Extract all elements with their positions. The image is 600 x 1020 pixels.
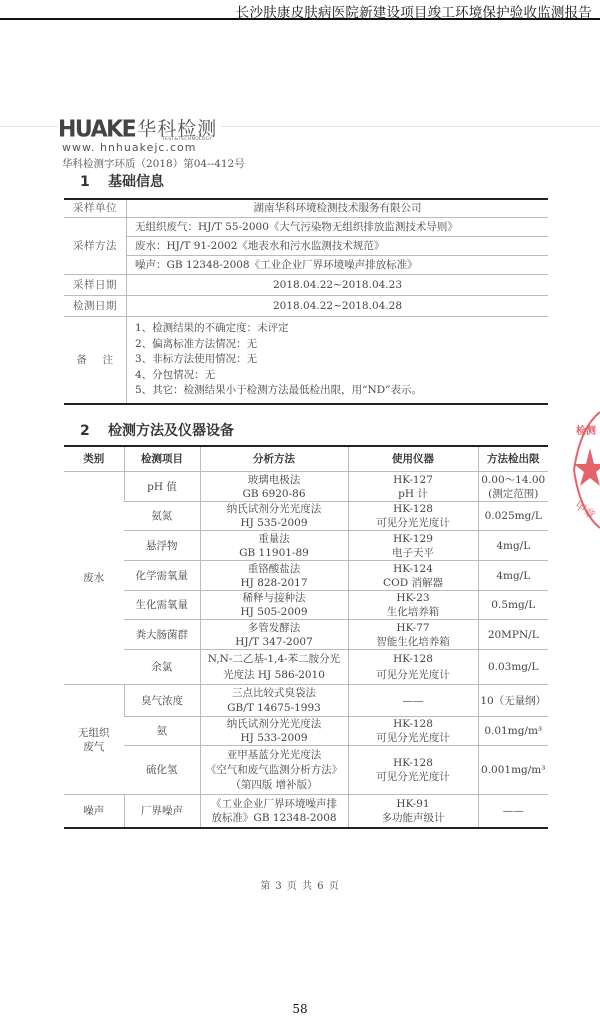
instrument-line: HK-124 — [349, 562, 478, 576]
value-sampling-date: 2018.04.22~2018.04.23 — [127, 274, 549, 295]
method-cell: 《工业企业厂界环境噪声排放标准》GB 12348-2008 — [200, 795, 348, 828]
limit-cell: 0.03mg/L — [478, 650, 548, 685]
company-logo: HUAKE华科检测 TEST&TECHNOLOGY — [58, 119, 221, 141]
table-row: 氨 纳氏试剂分光光度法HJ 533-2009 HK-128可见分光光度计 0.0… — [64, 717, 548, 746]
method-line: 纳氏试剂分光光度法 — [201, 717, 348, 731]
instrument-line: HK-91 — [349, 797, 478, 811]
row-sampling-unit: 采样单位 湖南华科环境检测技术服务有限公司 — [64, 199, 548, 217]
limit-line: 0.00～14.00 — [479, 473, 549, 487]
table-row: 氨氮 纳氏试剂分光光度法HJ 535-2009 HK-128可见分光光度计 0.… — [64, 502, 548, 531]
method-cell: 重量法GB 11901-89 — [200, 531, 348, 561]
instrument-line: 可见分光光度计 — [349, 770, 478, 784]
method-line: 光度法 HJ 586-2010 — [201, 667, 348, 683]
instrument-cell: HK-128可见分光光度计 — [348, 746, 478, 795]
remark-item: 5、其它：检测结果小于检测方法最低检出限，用“ND”表示。 — [127, 383, 548, 399]
item-cell: 硫化氢 — [124, 746, 200, 795]
label-sampling-date: 采样日期 — [64, 274, 127, 295]
method-line: HJ 535-2009 — [201, 516, 348, 530]
table-row: 悬浮物 重量法GB 11901-89 HK-129电子天平 4mg/L — [64, 531, 548, 561]
section-2-title: 2检测方法及仪器设备 — [80, 420, 234, 440]
label-testing-date: 检测日期 — [64, 295, 127, 316]
label-remarks: 备 注 — [64, 316, 127, 404]
method-cell: 玻璃电极法GB 6920-86 — [200, 472, 348, 502]
category-fugitive-gas: 无组织废气 — [64, 685, 124, 795]
instrument-line: HK-23 — [349, 591, 478, 605]
limit-cell: 4mg/L — [478, 561, 548, 591]
method-line: 重铬酸盐法 — [201, 562, 348, 576]
instrument-line: HK-128 — [349, 717, 478, 731]
method-line: 纳氏试剂分光光度法 — [201, 502, 348, 516]
instrument-line: 生化培养箱 — [349, 605, 478, 619]
section-1-label: 基础信息 — [108, 174, 164, 190]
method-line: 稀释与接种法 — [201, 591, 348, 605]
remark-item: 1、检测结果的不确定度：未评定 — [127, 321, 548, 337]
page-number: 58 — [0, 1002, 600, 1016]
official-seal-stamp: 检测 甲章 — [566, 408, 600, 532]
seal-text-top: 检测 — [576, 422, 596, 437]
value-sampling-unit: 湖南华科环境检测技术服务有限公司 — [127, 199, 549, 217]
method-cell: 亚甲基蓝分光光度法《空气和废气监测分析方法》（第四版 增补版） — [200, 746, 348, 795]
instrument-line: pH 计 — [349, 487, 478, 501]
category-line: 废气 — [64, 740, 124, 754]
remark-item: 3、非标方法使用情况：无 — [127, 352, 548, 368]
logo-chinese-name: 华科检测 — [137, 119, 217, 139]
instrument-cell: HK-91多功能声级计 — [348, 795, 478, 828]
logo-wordmark: HUAKE — [58, 118, 135, 141]
instrument-line: HK-128 — [349, 502, 478, 516]
value-testing-date: 2018.04.22~2018.04.28 — [127, 295, 549, 316]
method-line: HJ 533-2009 — [201, 731, 348, 745]
method-line: HJ 828-2017 — [201, 576, 348, 590]
instrument-cell: HK-128可见分光光度计 — [348, 650, 478, 685]
section-1-title: 1基础信息 — [80, 171, 164, 191]
instrument-cell: HK-124COD 消解器 — [348, 561, 478, 591]
instrument-line: 电子天平 — [349, 546, 478, 560]
item-cell: 臭气浓度 — [124, 685, 200, 717]
method-line: N,N-二乙基-1,4-苯二胺分光 — [201, 651, 348, 667]
limit-cell: 10（无量纲） — [478, 685, 548, 717]
col-header-item: 检测项目 — [124, 446, 200, 472]
instrument-line: HK-128 — [349, 756, 478, 770]
header-divider — [0, 18, 600, 20]
item-cell: 生化需氧量 — [124, 591, 200, 620]
section-2-number: 2 — [80, 423, 108, 439]
instrument-line: HK-127 — [349, 473, 478, 487]
label-sampling-method: 采样方法 — [64, 217, 127, 274]
instrument-line: 多功能声级计 — [349, 811, 478, 825]
method-line: HJ/T 347-2007 — [201, 635, 348, 649]
company-url: www. hnhuakejc.com — [62, 141, 196, 154]
instrument-line: HK-129 — [349, 532, 478, 546]
method-line: GB 6920-86 — [201, 487, 348, 501]
col-header-limit: 方法检出限 — [478, 446, 548, 472]
method-line: 重量法 — [201, 532, 348, 546]
item-cell: 氨氮 — [124, 502, 200, 531]
limit-cell: 0.025mg/L — [478, 502, 548, 531]
table-row: 生化需氧量 稀释与接种法HJ 505-2009 HK-23生化培养箱 0.5mg… — [64, 591, 548, 620]
instrument-line: 智能生化培养箱 — [349, 635, 478, 649]
remark-item: 4、分包情况：无 — [127, 368, 548, 384]
table-row: 噪声 厂界噪声 《工业企业厂界环境噪声排放标准》GB 12348-2008 HK… — [64, 795, 548, 828]
value-remarks: 1、检测结果的不确定度：未评定 2、偏离标准方法情况：无 3、非标方法使用情况：… — [127, 316, 549, 404]
category-line: 无组织 — [64, 726, 124, 740]
row-sampling-date: 采样日期 2018.04.22~2018.04.23 — [64, 274, 548, 295]
table-row: 硫化氢 亚甲基蓝分光光度法《空气和废气监测分析方法》（第四版 增补版） HK-1… — [64, 746, 548, 795]
table-row: 余氯 N,N-二乙基-1,4-苯二胺分光光度法 HJ 586-2010 HK-1… — [64, 650, 548, 685]
limit-cell: 0.00～14.00(测定范围) — [478, 472, 548, 502]
method-cell: 纳氏试剂分光光度法HJ 533-2009 — [200, 717, 348, 746]
col-header-method: 分析方法 — [200, 446, 348, 472]
method-line: GB 11901-89 — [201, 546, 348, 560]
method-line: HJ 505-2009 — [201, 605, 348, 619]
col-header-instrument: 使用仪器 — [348, 446, 478, 472]
page-of-total: 第 3 页 共 6 页 — [0, 877, 600, 892]
method-line: 多管发酵法 — [201, 621, 348, 635]
instrument-line: 可见分光光度计 — [349, 516, 478, 530]
method-cell: N,N-二乙基-1,4-苯二胺分光光度法 HJ 586-2010 — [200, 650, 348, 685]
item-cell: 悬浮物 — [124, 531, 200, 561]
instrument-line: 可见分光光度计 — [349, 667, 478, 683]
row-sampling-method-1: 采样方法 无组织废气：HJ/T 55-2000《大气污染物无组织排放监测技术导则… — [64, 217, 548, 236]
instrument-line: HK-77 — [349, 621, 478, 635]
method-line: 三点比较式臭袋法 — [201, 686, 348, 701]
item-cell: 化学需氧量 — [124, 561, 200, 591]
table-row: 废水 pH 值 玻璃电极法GB 6920-86 HK-127pH 计 0.00～… — [64, 472, 548, 502]
instrument-line: HK-128 — [349, 651, 478, 667]
item-cell: 粪大肠菌群 — [124, 620, 200, 650]
limit-cell: 0.01mg/m³ — [478, 717, 548, 746]
method-line: GB/T 14675-1993 — [201, 701, 348, 716]
instrument-cell: —— — [348, 685, 478, 717]
instrument-cell: HK-129电子天平 — [348, 531, 478, 561]
method-cell: 稀释与接种法HJ 505-2009 — [200, 591, 348, 620]
category-wastewater: 废水 — [64, 472, 124, 685]
row-testing-date: 检测日期 2018.04.22~2018.04.28 — [64, 295, 548, 316]
row-remarks: 备 注 1、检测结果的不确定度：未评定 2、偏离标准方法情况：无 3、非标方法使… — [64, 316, 548, 404]
label-sampling-unit: 采样单位 — [64, 199, 127, 217]
category-noise: 噪声 — [64, 795, 124, 828]
table-row: 无组织废气 臭气浓度 三点比较式臭袋法GB/T 14675-1993 —— 10… — [64, 685, 548, 717]
item-cell: 余氯 — [124, 650, 200, 685]
item-cell: 厂界噪声 — [124, 795, 200, 828]
method-cell: 多管发酵法HJ/T 347-2007 — [200, 620, 348, 650]
method-line: （第四版 增补版） — [201, 778, 348, 793]
limit-cell: 4mg/L — [478, 531, 548, 561]
instrument-line: 可见分光光度计 — [349, 731, 478, 745]
method-cell: 重铬酸盐法HJ 828-2017 — [200, 561, 348, 591]
method-line: 《工业企业厂界环境噪声排 — [201, 797, 348, 811]
value-sampling-method-gas: 无组织废气：HJ/T 55-2000《大气污染物无组织排放监测技术导则》 — [127, 217, 549, 236]
table-row: 粪大肠菌群 多管发酵法HJ/T 347-2007 HK-77智能生化培养箱 20… — [64, 620, 548, 650]
limit-cell: 0.001mg/m³ — [478, 746, 548, 795]
method-line: 玻璃电极法 — [201, 473, 348, 487]
col-header-category: 类别 — [64, 446, 124, 472]
methods-instruments-table: 类别 检测项目 分析方法 使用仪器 方法检出限 废水 pH 值 玻璃电极法GB … — [64, 445, 548, 829]
value-sampling-method-water: 废水：HJ/T 91-2002《地表水和污水监测技术规范》 — [127, 236, 549, 255]
item-cell: 氨 — [124, 717, 200, 746]
instrument-cell: HK-77智能生化培养箱 — [348, 620, 478, 650]
item-cell: pH 值 — [124, 472, 200, 502]
document-number: 华科检测字环质（2018）第04--412号 — [62, 156, 245, 171]
table-header-row: 类别 检测项目 分析方法 使用仪器 方法检出限 — [64, 446, 548, 472]
limit-line: (测定范围) — [479, 487, 549, 501]
row-sampling-method-3: 噪声：GB 12348-2008《工业企业厂界环境噪声排放标准》 — [64, 255, 548, 274]
instrument-cell: HK-23生化培养箱 — [348, 591, 478, 620]
basic-info-table: 采样单位 湖南华科环境检测技术服务有限公司 采样方法 无组织废气：HJ/T 55… — [64, 198, 548, 405]
remark-item: 2、偏离标准方法情况：无 — [127, 337, 548, 353]
method-cell: 三点比较式臭袋法GB/T 14675-1993 — [200, 685, 348, 717]
limit-cell: 0.5mg/L — [478, 591, 548, 620]
instrument-cell: HK-128可见分光光度计 — [348, 502, 478, 531]
instrument-cell: HK-127pH 计 — [348, 472, 478, 502]
limit-cell: 20MPN/L — [478, 620, 548, 650]
section-1-number: 1 — [80, 174, 108, 190]
method-line: 《空气和废气监测分析方法》 — [201, 763, 348, 778]
method-cell: 纳氏试剂分光光度法HJ 535-2009 — [200, 502, 348, 531]
limit-cell: —— — [478, 795, 548, 828]
section-2-label: 检测方法及仪器设备 — [108, 423, 234, 439]
table-row: 化学需氧量 重铬酸盐法HJ 828-2017 HK-124COD 消解器 4mg… — [64, 561, 548, 591]
instrument-line: COD 消解器 — [349, 576, 478, 590]
instrument-cell: HK-128可见分光光度计 — [348, 717, 478, 746]
value-sampling-method-noise: 噪声：GB 12348-2008《工业企业厂界环境噪声排放标准》 — [127, 255, 549, 274]
method-line: 放标准》GB 12348-2008 — [201, 811, 348, 825]
method-line: 亚甲基蓝分光光度法 — [201, 748, 348, 763]
row-sampling-method-2: 废水：HJ/T 91-2002《地表水和污水监测技术规范》 — [64, 236, 548, 255]
